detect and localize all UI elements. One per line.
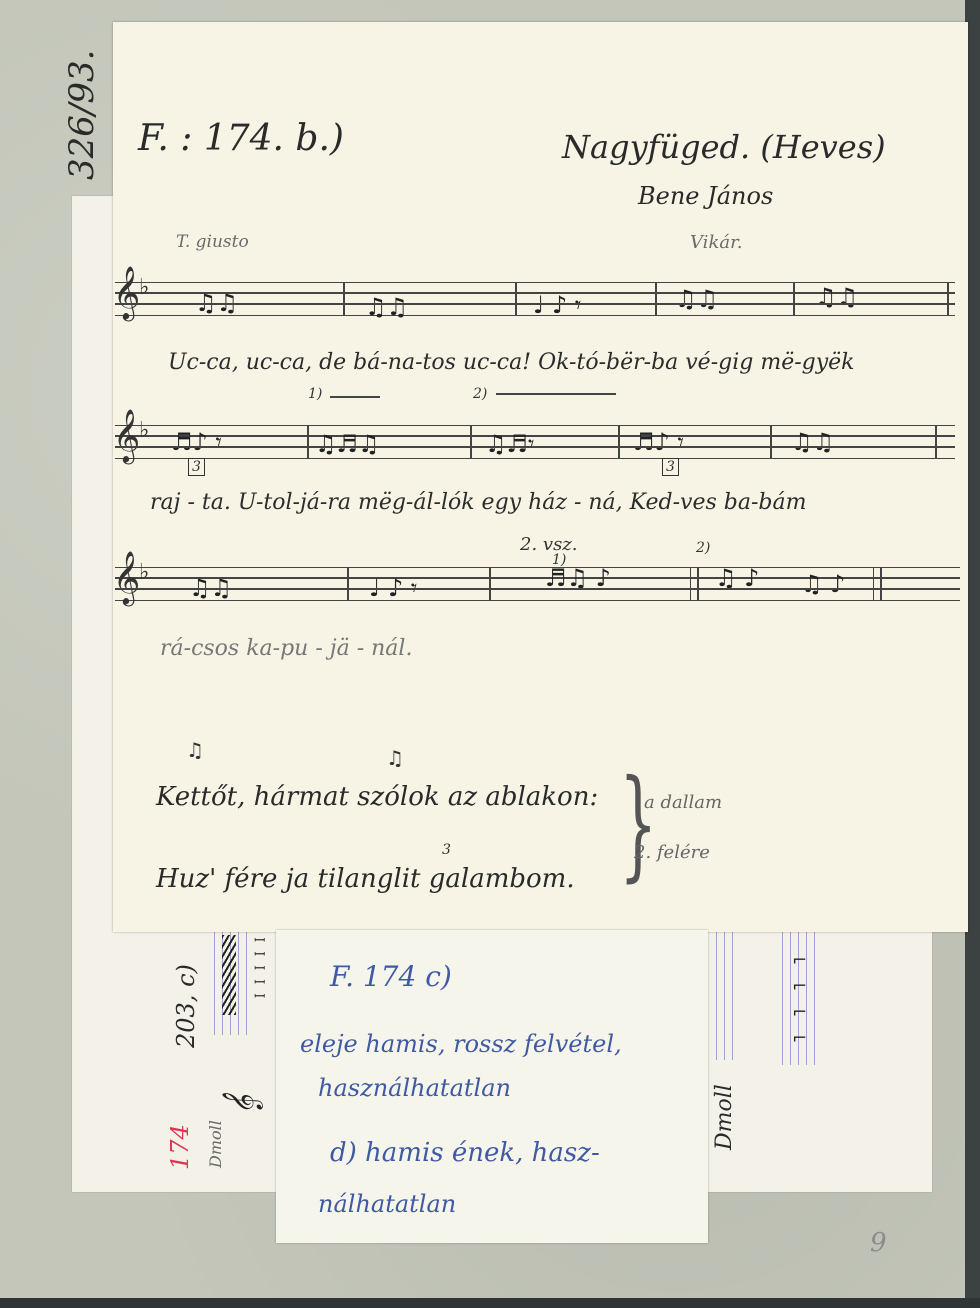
barline [307, 426, 309, 458]
lyrics-line-1: Uc-ca, uc-ca, de bá-na-tos uc-ca! Ok-tó-… [168, 350, 855, 375]
beamed-notes: ♫♫ [815, 285, 858, 309]
ending-line-2 [496, 393, 616, 395]
scan-bottom-edge [0, 1298, 980, 1308]
beamed-notes: ♫♫ [195, 291, 238, 315]
barline [947, 283, 949, 315]
side-note-line-1: a dallam [644, 792, 722, 813]
treble-clef-icon: 𝄞 [113, 412, 140, 458]
beamed-notes: ♫♫ [189, 576, 232, 600]
barline [935, 426, 937, 458]
verse-rhythm-mark: ♫ [186, 738, 204, 762]
tuplet-mark: 3 [662, 458, 679, 476]
grace-notes: ♬♪ 𝄾 [633, 430, 684, 454]
annotation-title: F. 174 c) [330, 960, 452, 993]
flat-sign-icon: ♭ [139, 418, 149, 443]
treble-clef-icon: 𝄞 [113, 554, 140, 600]
under-slip-clef-icon: 𝄞 [222, 1095, 262, 1115]
side-note-line-2: 2. felére [634, 842, 710, 863]
beamed-notes: ♫♫ [791, 430, 834, 454]
tuplet-mark: 3 [188, 458, 205, 476]
rest-marks: ꟷꟷꟷꟷꟷ [254, 934, 265, 1004]
verse-2-marker: 2. vsz. [520, 534, 578, 555]
barline [655, 283, 657, 315]
place-of-recording: Nagyfüged. (Heves) [562, 128, 886, 166]
barline [618, 426, 620, 458]
verse-tuplet-mark: 3 [442, 842, 451, 858]
beamed-notes: ♫ ♪ [715, 566, 759, 590]
annotation-line-1: eleje hamis, rossz felvétel, [300, 1030, 622, 1058]
beamed-notes: ♫♫ [675, 287, 718, 311]
beamed-notes: ♫♫ [365, 295, 408, 319]
music-staff-3: 𝄞 ♭ ♫♫ ♩ ♪ 𝄾 ♬♫ ♪ ♫ ♪ ♫ ♪ [115, 567, 960, 601]
flat-sign-icon: ♭ [139, 275, 149, 300]
under-slip-right-label: Dmoll [712, 1084, 737, 1150]
double-barline [690, 568, 699, 600]
catalog-id: F. : 174. b.) [138, 118, 344, 159]
lyrics-line-3: rá-csos ka-pu - jä - nál. [160, 636, 412, 661]
verse-line-1: Kettőt, hármat szólok az ablakon: [156, 782, 598, 812]
final-double-barline [873, 568, 882, 600]
collector-name: Vikár. [690, 232, 742, 253]
archive-number: 326/93. [62, 50, 102, 180]
flat-sign-icon: ♭ [139, 560, 149, 585]
beamed-notes: ♫ ♪ [801, 572, 845, 596]
barline [793, 283, 795, 315]
barline [770, 426, 772, 458]
beamed-notes: ♫♬𝄾 [485, 432, 534, 456]
barline [489, 568, 491, 600]
tempo-marking: T. giusto [176, 232, 249, 252]
under-slip-label-black: 203, c) [172, 964, 200, 1048]
quarter-note: ♩ ♪ 𝄾 [533, 293, 581, 317]
barline [515, 283, 517, 315]
curly-brace: } [619, 765, 657, 885]
barline [343, 283, 345, 315]
beamed-notes: ♬♫ ♪ [545, 566, 611, 590]
music-staff-1: 𝄞 ♭ ♫♫ ♫♫ ♩ ♪ 𝄾 ♫♫ ♫♫ [115, 282, 955, 316]
ending-line-1 [330, 396, 380, 398]
under-slip-label-pencil: Dmoll [206, 1120, 225, 1168]
barline [470, 426, 472, 458]
beamed-notes: ♫♬♫ [315, 432, 380, 456]
page-marker: 9 [870, 1228, 887, 1258]
ending-mark-2: 2) [696, 540, 710, 556]
barline [347, 568, 349, 600]
grace-notes: ♬♪ 𝄾 [171, 430, 222, 454]
ending-mark-1: 1) [308, 386, 322, 402]
treble-clef-icon: 𝄞 [113, 269, 140, 315]
under-slip-label-red: 174 [166, 1124, 194, 1170]
music-staff-2: 𝄞 ♭ ♬♪ 𝄾 ♫♬♫ ♫♬𝄾 ♬♪ 𝄾 ♫♫ [115, 425, 955, 459]
scribbled-notes [222, 935, 236, 1015]
annotation-line-2: használhatatlan [318, 1074, 511, 1102]
verse-line-2: Huz' fére ja tilanglit galambom. [156, 864, 575, 894]
singer-name: Bene János [638, 182, 773, 210]
ending-mark-1: 1) [552, 552, 566, 568]
ending-mark-2: 2) [473, 386, 487, 402]
verse-rhythm-mark: ♫ [386, 746, 404, 770]
annotation-line-3: d) hamis ének, hasz- [330, 1138, 600, 1168]
lyrics-line-2: raj - ta. U-tol-já-ra mëg-ál-lók egy ház… [150, 490, 806, 515]
under-slip-staff-right-b: ⌐⌐⌐⌐ [782, 930, 862, 1065]
rotated-notes: ⌐⌐⌐⌐ [792, 948, 807, 1052]
quarter-note: ♩ ♪ 𝄾 [369, 576, 417, 600]
annotation-line-4: nálhatatlan [318, 1190, 456, 1218]
